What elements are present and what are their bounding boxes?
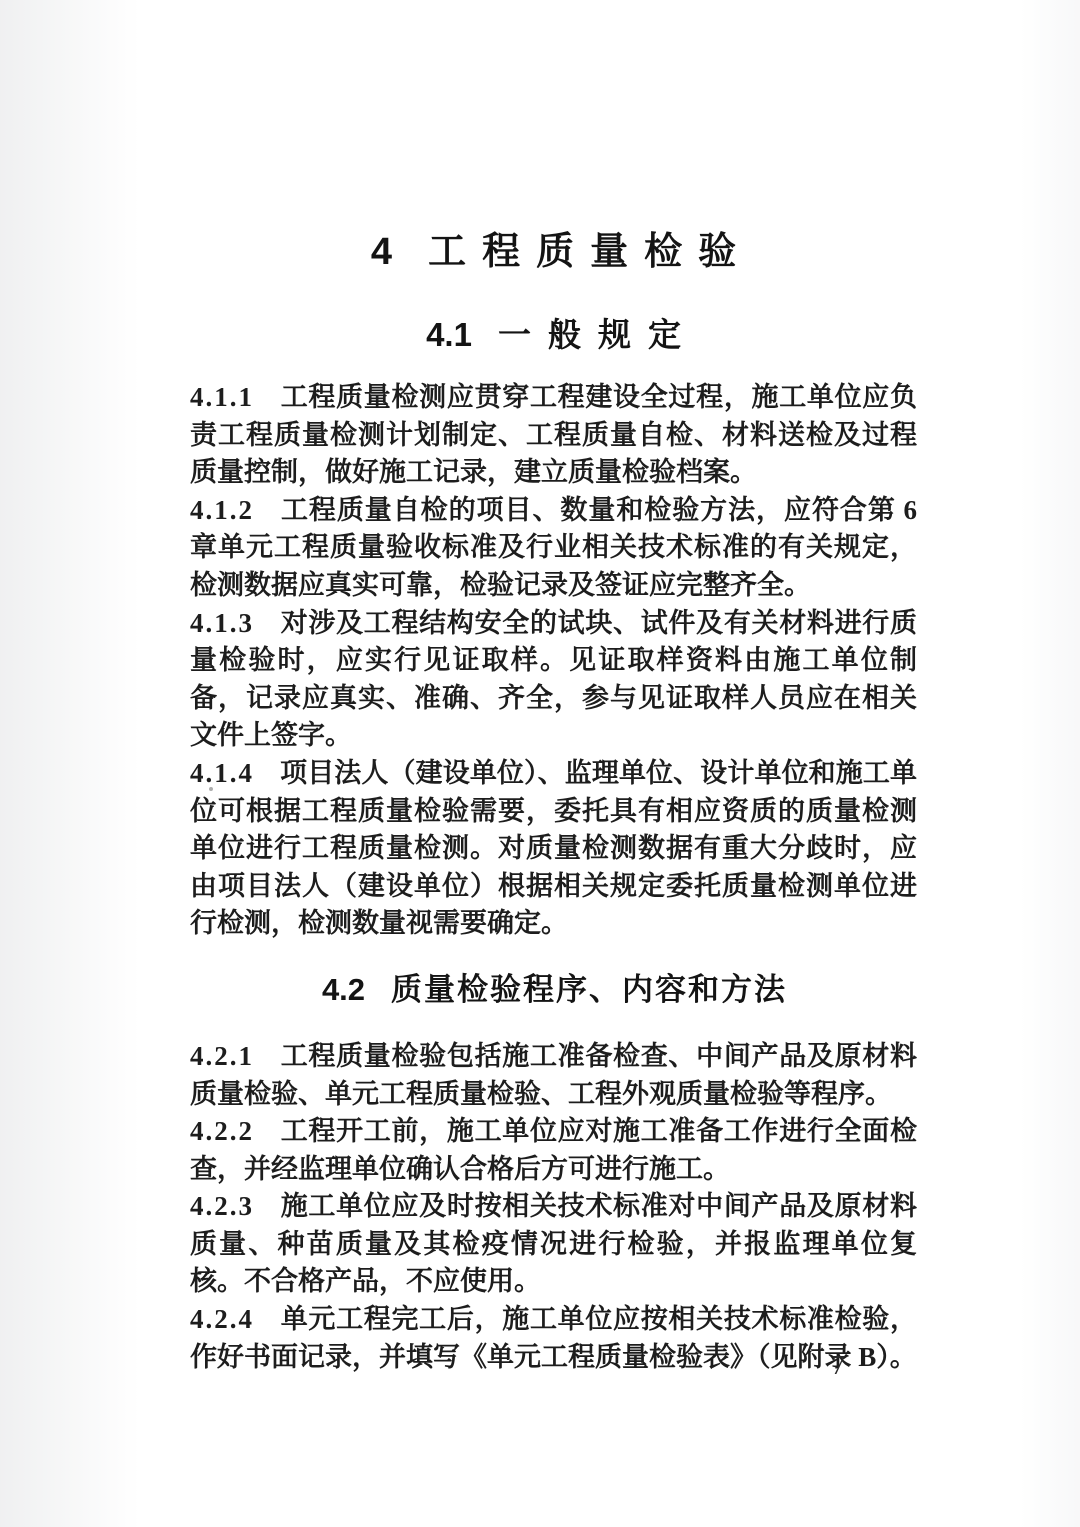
clause-4-1-3-number: 4.1.3 [190, 608, 254, 638]
section-4-2-number: 4.2 [322, 972, 365, 1007]
clause-4-1-4-number: 4.1.4 [190, 758, 254, 788]
clause-4-1-1-text: 工程质量检测应贯穿工程建设全过程，施工单位应负责工程质量检测计划制定、工程质量自… [190, 382, 917, 487]
clause-4-2-3-text: 施工单位应及时按相关技术标准对中间产品及原材料质量、种苗质量及其检疫情况进行检验… [190, 1191, 917, 1296]
section-4-1-title: 一般规定 [498, 316, 698, 353]
clause-4-1-1: 4.1.1工程质量检测应贯穿工程建设全过程，施工单位应负责工程质量检测计划制定、… [190, 379, 917, 492]
clause-4-1-4-text: 项目法人（建设单位）、监理单位、设计单位和施工单位可根据工程质量检验需要，委托具… [190, 758, 917, 938]
clause-4-2-2-text: 工程开工前，施工单位应对施工准备工作进行全面检查，并经监理单位确认合格后方可进行… [190, 1116, 917, 1184]
section-4-1-number: 4.1 [426, 316, 472, 353]
document-page: 4工程质量检验 4.1一般规定 4.1.1工程质量检测应贯穿工程建设全过程，施工… [0, 0, 1080, 1527]
clause-4-1-2: 4.1.2工程质量自检的项目、数量和检验方法，应符合第 6 章单元工程质量验收标… [190, 492, 917, 605]
clause-4-2-1-text: 工程质量检验包括施工准备检查、中间产品及原材料质量检验、单元工程质量检验、工程外… [190, 1041, 917, 1109]
section-4-1-clauses: 4.1.1工程质量检测应贯穿工程建设全过程，施工单位应负责工程质量检测计划制定、… [190, 379, 917, 943]
clause-4-2-2: 4.2.2工程开工前，施工单位应对施工准备工作进行全面检查，并经监理单位确认合格… [190, 1113, 917, 1188]
clause-4-1-2-text: 工程质量自检的项目、数量和检验方法，应符合第 6 章单元工程质量验收标准及行业相… [190, 495, 917, 600]
section-heading-4-2: 4.2质量检验程序、内容和方法 [190, 973, 917, 1006]
clause-4-2-1: 4.2.1工程质量检验包括施工准备检查、中间产品及原材料质量检验、单元工程质量检… [190, 1038, 917, 1113]
chapter-heading: 4工程质量检验 [190, 232, 917, 272]
clause-4-1-2-number: 4.1.2 [190, 495, 254, 525]
chapter-title: 工程质量检验 [428, 231, 752, 273]
section-heading-4-1: 4.1一般规定 [190, 317, 917, 352]
clause-4-1-3-text: 对涉及工程结构安全的试块、试件及有关材料进行质量检验时，应实行见证取样。见证取样… [190, 608, 917, 751]
clause-4-1-4: 4.1.4项目法人（建设单位）、监理单位、设计单位和施工单位可根据工程质量检验需… [190, 755, 917, 943]
section-4-2-clauses: 4.2.1工程质量检验包括施工准备检查、中间产品及原材料质量检验、单元工程质量检… [190, 1038, 917, 1376]
clause-4-1-1-number: 4.1.1 [190, 382, 254, 412]
clause-4-2-4-number: 4.2.4 [190, 1304, 254, 1334]
clause-4-2-3: 4.2.3施工单位应及时按相关技术标准对中间产品及原材料质量、种苗质量及其检疫情… [190, 1188, 917, 1301]
clause-4-2-1-number: 4.2.1 [190, 1041, 254, 1071]
page-number: 7 [190, 1350, 917, 1381]
section-4-2-title: 质量检验程序、内容和方法 [391, 972, 787, 1007]
clause-4-1-3: 4.1.3对涉及工程结构安全的试块、试件及有关材料进行质量检验时，应实行见证取样… [190, 605, 917, 755]
chapter-number: 4 [371, 231, 392, 273]
clause-4-2-3-number: 4.2.3 [190, 1191, 254, 1221]
scan-artifact-dot [209, 787, 213, 791]
page-content: 4工程质量检验 4.1一般规定 4.1.1工程质量检测应贯穿工程建设全过程，施工… [190, 0, 917, 1376]
clause-4-2-2-number: 4.2.2 [190, 1116, 254, 1146]
